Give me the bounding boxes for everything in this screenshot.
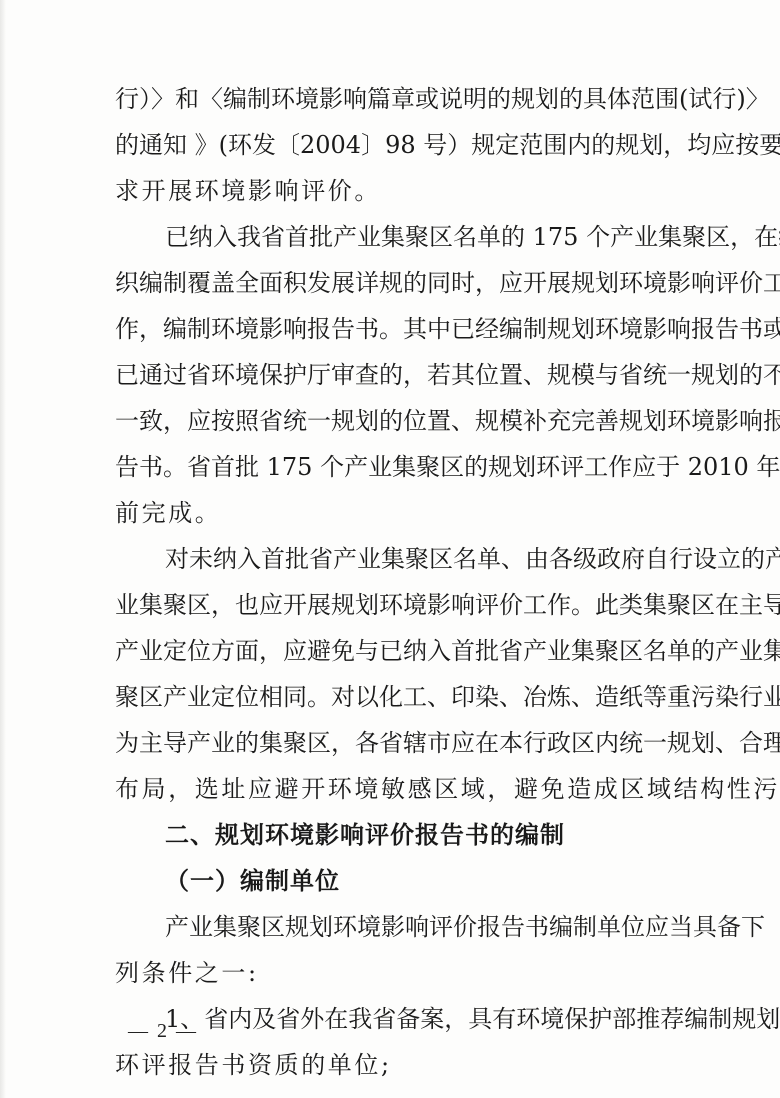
text-line: 前完成。 <box>115 490 693 536</box>
text-line: 告书。省首批 175 个产业集聚区的规划环评工作应于 2010 年底 <box>115 444 693 490</box>
text-line: 织编制覆盖全面积发展详规的同时，应开展规划环境影响评价工 <box>115 260 693 306</box>
section-heading: 二、规划环境影响评价报告书的编制 <box>115 812 693 858</box>
subsection-heading: （一）编制单位 <box>115 858 693 904</box>
text-line: 已纳入我省首批产业集聚区名单的 175 个产业集聚区，在组 <box>115 214 693 260</box>
text-line: 一致，应按照省统一规划的位置、规模补充完善规划环境影响报 <box>115 398 693 444</box>
text-line: 列条件之一: <box>115 950 693 996</box>
scan-edge-shadow <box>0 0 6 1098</box>
text-line: 环评报告书资质的单位; <box>115 1042 693 1088</box>
document-page: 行）〉和〈编制环境影响篇章或说明的规划的具体范围(试行)〉 的通知 》(环发〔2… <box>115 76 693 1088</box>
text-line: 已通过省环境保护厅审查的，若其位置、规模与省统一规划的不 <box>115 352 693 398</box>
page-number: — 2 — <box>128 1020 198 1043</box>
text-line: 业集聚区，也应开展规划环境影响评价工作。此类集聚区在主导 <box>115 582 693 628</box>
text-line: 布局，选址应避开环境敏感区域，避免造成区域结构性污染。 <box>115 766 693 812</box>
text-line: 的通知 》(环发〔2004〕98 号）规定范围内的规划，均应按要 <box>115 122 693 168</box>
text-line: 产业集聚区规划环境影响评价报告书编制单位应当具备下 <box>115 904 693 950</box>
text-line: 聚区产业定位相同。对以化工、印染、冶炼、造纸等重污染行业 <box>115 674 693 720</box>
text-line: 产业定位方面，应避免与已纳入首批省产业集聚区名单的产业集 <box>115 628 693 674</box>
text-line: 作，编制环境影响报告书。其中已经编制规划环境影响报告书或 <box>115 306 693 352</box>
text-line: 对未纳入首批省产业集聚区名单、由各级政府自行设立的产 <box>115 536 693 582</box>
text-line: 1、省内及省外在我省备案，具有环境保护部推荐编制规划 <box>115 996 693 1042</box>
text-line: 为主导产业的集聚区，各省辖市应在本行政区内统一规划、合理 <box>115 720 693 766</box>
text-line: 求开展环境影响评价。 <box>115 168 693 214</box>
text-line: 行）〉和〈编制环境影响篇章或说明的规划的具体范围(试行)〉 <box>115 76 693 122</box>
